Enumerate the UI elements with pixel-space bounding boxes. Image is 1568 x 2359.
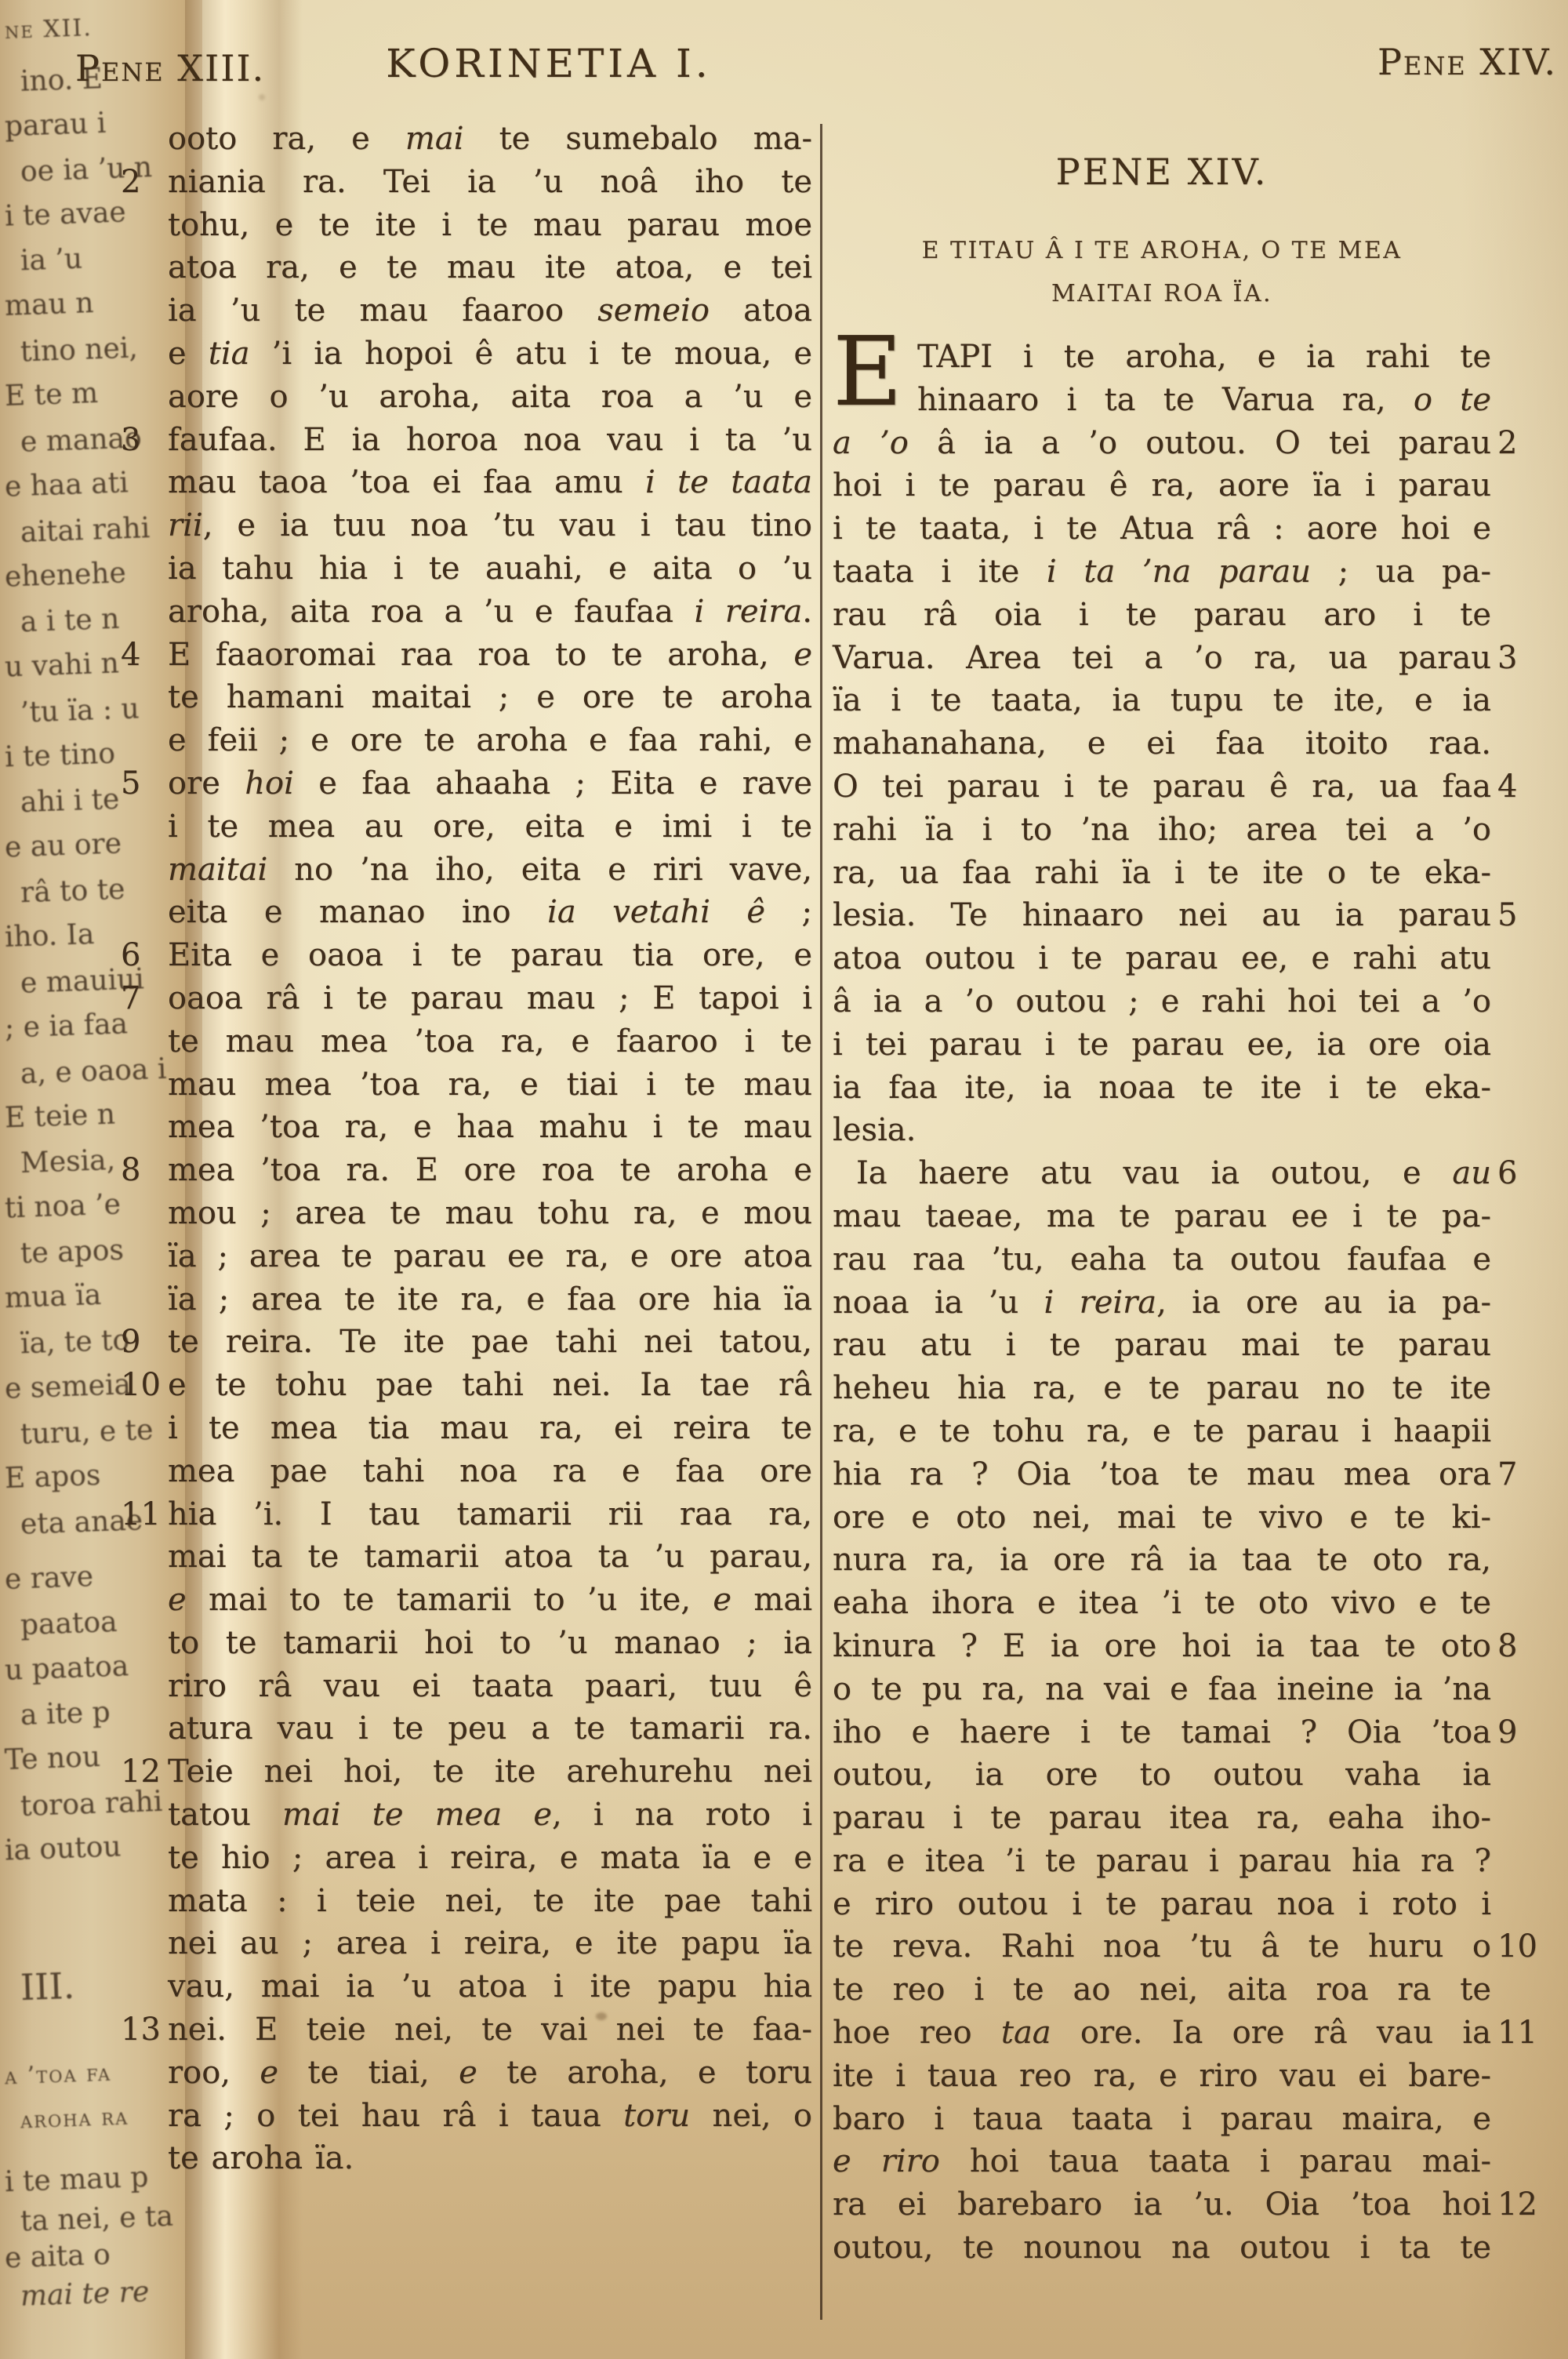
text-line: o te pu ra, na vai e faa ineine ia ’na bbox=[833, 1668, 1548, 1711]
text-line: mau taoa ’toa ei faa amu i te taata bbox=[118, 461, 814, 504]
facing-page-text-fragment: E apos bbox=[4, 1462, 101, 1493]
paper-speck bbox=[259, 94, 265, 100]
facing-page-text-fragment: ia outou bbox=[4, 1833, 122, 1865]
text-line: noaa ia ’u i reira, ia ore au ia pa- bbox=[833, 1281, 1548, 1325]
text-line: nei au ; area i reira, e ite papu ïa bbox=[118, 1922, 814, 1965]
text-line: vau, mai ia ’u atoa i ite papu hia bbox=[118, 1965, 814, 2008]
chapter-heading: PENE XIV. bbox=[833, 151, 1491, 193]
facing-page-text-fragment: iho. Ia bbox=[4, 921, 94, 952]
text-line: ra, ua faa rahi ïa i te ite o te eka- bbox=[833, 852, 1548, 895]
facing-page-text-fragment: mua ïa bbox=[4, 1281, 101, 1313]
facing-page-text-fragment: a ite p bbox=[20, 1699, 111, 1730]
text-line: rau raa ’tu, eaha ta outou faufaa e bbox=[833, 1238, 1548, 1281]
text-line: atoa ra, e te mau ite atoa, e tei bbox=[118, 246, 814, 289]
running-header-title: KORINETIA I. bbox=[345, 41, 753, 86]
facing-page-text-fragment: ta nei, e ta bbox=[20, 2203, 173, 2237]
facing-page-text-fragment: i te avae bbox=[4, 198, 126, 231]
facing-page-text-fragment: ia ’u bbox=[20, 245, 82, 276]
verse-number: 5 bbox=[1497, 894, 1548, 937]
text-line: aroha, aita roa a ’u e faufaa i reira. bbox=[118, 591, 814, 634]
text-line: faufaa. E ia horoa noa vau i ta ’u3 bbox=[118, 419, 814, 462]
text-line: ra ; o tei hau râ i taua toru nei, o bbox=[118, 2095, 814, 2138]
facing-page-text-fragment: III. bbox=[20, 1972, 74, 2001]
text-line: â ia a ’o outou ; e rahi hoi tei a ’o bbox=[833, 980, 1548, 1023]
facing-page-text-fragment: mai te re bbox=[20, 2278, 149, 2311]
text-line: tatou mai te mea e, i na roto i bbox=[118, 1794, 814, 1837]
verse-number: 4 bbox=[1497, 765, 1548, 809]
text-line: mou ; area te mau tohu ra, e mou bbox=[118, 1192, 814, 1235]
left-text-column: ooto ra, e mai te sumebalo ma-niania ra.… bbox=[118, 118, 814, 2180]
text-line: ite i taua reo ra, e riro vau ei bare- bbox=[833, 2055, 1548, 2098]
facing-page-text-fragment: râ to te bbox=[20, 876, 125, 908]
text-line: nura ra, ia ore râ ia taa te oto ra, bbox=[833, 1539, 1548, 1582]
text-line: ïa ; area te ite ra, e faa ore hia ïa bbox=[118, 1278, 814, 1321]
facing-page-text-fragment: u paatoa bbox=[4, 1652, 129, 1685]
text-line: oaoa râ i te parau mau ; E tapoi i7 bbox=[118, 977, 814, 1020]
facing-page-text-fragment: aroha ra bbox=[20, 2103, 129, 2135]
facing-page-text-fragment: i te tino bbox=[4, 740, 115, 772]
text-line: i te taata, i te Atua râ : aore hoi e bbox=[833, 507, 1548, 551]
verse-number: 8 bbox=[1497, 1625, 1548, 1668]
text-line: ore e oto nei, mai te vivo e te ki- bbox=[833, 1496, 1548, 1539]
verse-number: 12 bbox=[121, 1750, 166, 1794]
facing-page-text-fragment: paatoa bbox=[20, 1608, 118, 1640]
facing-page-text-fragment: ; e ia faa bbox=[4, 1010, 128, 1042]
text-line: parau i te parau itea ra, eaha iho- bbox=[833, 1797, 1548, 1840]
verse-number: 6 bbox=[1497, 1152, 1548, 1195]
text-line: ra, e te tohu ra, e te parau i haapii bbox=[833, 1410, 1548, 1453]
text-line: ra ei barebaro ia ’u. Oia ’toa hoi12 bbox=[833, 2183, 1548, 2226]
running-header-left: Pene XIII. bbox=[75, 47, 265, 89]
verse-number: 12 bbox=[1497, 2183, 1548, 2226]
text-line: atoa outou i te parau ee, e rahi atu bbox=[833, 937, 1548, 980]
text-line: te reva. Rahi noa ’tu â te huru o10 bbox=[833, 1925, 1548, 1968]
text-line: Teie nei hoi, te ite arehurehu nei12 bbox=[118, 1750, 814, 1794]
chapter-summary: E TITAU Â I TE AROHA, O TE MEA MAITAI RO… bbox=[823, 229, 1501, 315]
text-line: lesia. Te hinaaro nei au ia parau5 bbox=[833, 894, 1548, 937]
text-line: rahi ïa i to ’na iho; area tei a ’o bbox=[833, 809, 1548, 852]
text-line: E faaoromai raa roa to te aroha, e4 bbox=[118, 634, 814, 677]
text-line: outou, ia ore to outou vaha ia bbox=[833, 1754, 1548, 1797]
text-line: iho e haere i te tamai ? Oia ’toa9 bbox=[833, 1711, 1548, 1754]
verse-number: 5 bbox=[121, 762, 166, 805]
text-line: i te mea au ore, eita e imi i te bbox=[118, 805, 814, 849]
chapter-summary-line: MAITAI ROA ÏA. bbox=[823, 272, 1501, 315]
text-line: i te mea tia mau ra, ei reira te bbox=[118, 1407, 814, 1450]
verse-number: 11 bbox=[1497, 2012, 1548, 2055]
text-line: atura vau i te peu a te tamarii ra. bbox=[118, 1707, 814, 1750]
text-line: te hio ; area i reira, e mata ïa e e bbox=[118, 1837, 814, 1880]
text-line: e te tohu pae tahi nei. Ia tae râ10 bbox=[118, 1364, 814, 1407]
text-line: mata : i teie nei, te ite pae tahi bbox=[118, 1880, 814, 1923]
verse-number: 3 bbox=[121, 419, 166, 462]
text-line: ia faa ite, ia noaa te ite i te eka- bbox=[833, 1067, 1548, 1110]
verse-number: 10 bbox=[1497, 1925, 1548, 1968]
text-line: mau taeae, ma te parau ee i te pa- bbox=[833, 1195, 1548, 1238]
text-line: baro i taua taata i parau maira, e bbox=[833, 2098, 1548, 2141]
verse-number: 7 bbox=[121, 977, 166, 1020]
text-line: riro râ vau ei taata paari, tuu ê bbox=[118, 1665, 814, 1708]
verse-number: 9 bbox=[1497, 1711, 1548, 1754]
text-line: O tei parau i te parau ê ra, ua faa4 bbox=[833, 765, 1548, 809]
text-line: te reira. Te ite pae tahi nei tatou,9 bbox=[118, 1321, 814, 1364]
facing-page-text-fragment: u vahi n bbox=[4, 649, 119, 682]
paper-speck bbox=[596, 2012, 607, 2020]
text-line: rau râ oia i te parau aro i te bbox=[833, 594, 1548, 637]
text-line: mau mea ’toa ra, e tiai i te mau bbox=[118, 1063, 814, 1107]
facing-page-text-fragment: te apos bbox=[20, 1237, 124, 1269]
text-line: ia tahu hia i te auahi, e aita o ’u bbox=[118, 547, 814, 591]
text-line: Eita e oaoa i te parau tia ore, e6 bbox=[118, 934, 814, 977]
facing-page-text-fragment: ne XII. bbox=[4, 14, 93, 45]
text-line: mea pae tahi noa ra e faa ore bbox=[118, 1450, 814, 1493]
text-line: e tia ’i ia hopoi ê atu i te moua, e bbox=[118, 333, 814, 376]
facing-page-text-fragment: parau i bbox=[4, 110, 107, 141]
text-line: te reo i te ao nei, aita roa ra te bbox=[833, 1968, 1548, 2012]
text-line: ia ’u te mau faaroo semeio atoa bbox=[118, 289, 814, 333]
verse-number: 2 bbox=[1497, 422, 1548, 465]
verse-number: 10 bbox=[121, 1364, 166, 1407]
facing-page-text-fragment: Mesia, bbox=[20, 1147, 115, 1178]
text-line: hinaaro i ta te Varua ra, o te bbox=[833, 379, 1548, 422]
text-line: mea ’toa ra, e haa mahu i te mau bbox=[118, 1106, 814, 1149]
text-line: hoe reo taa ore. Ia ore râ vau ia11 bbox=[833, 2012, 1548, 2055]
facing-page-text-fragment: Te nou bbox=[4, 1743, 100, 1775]
text-line: TAPI i te aroha, e ia rahi te bbox=[833, 336, 1548, 379]
facing-page-text-fragment: ti noa ’e bbox=[4, 1190, 121, 1223]
chapter-summary-line: E TITAU Â I TE AROHA, O TE MEA bbox=[823, 229, 1501, 272]
verse-number: 7 bbox=[1497, 1453, 1548, 1496]
facing-page-text-fragment: a i te n bbox=[20, 605, 119, 637]
text-line: niania ra. Tei ia ’u noâ iho te2 bbox=[118, 161, 814, 204]
facing-page-text-fragment: e aita o bbox=[4, 2241, 111, 2274]
verse-number: 8 bbox=[121, 1149, 166, 1192]
text-line: mahanahana, e ei faa itoito raa. bbox=[833, 722, 1548, 765]
facing-page-text-fragment: ahi i te bbox=[20, 786, 120, 817]
text-line: Varua. Area tei a ’o ra, ua parau3 bbox=[833, 637, 1548, 680]
facing-page-text-fragment: a ’toa fa bbox=[4, 2059, 111, 2092]
text-line: a ’o â ia a ’o outou. O tei parau2 bbox=[833, 422, 1548, 465]
book-page: { "header": { "left": "Pene XIII.", "cen… bbox=[0, 0, 1568, 2359]
verse-number: 11 bbox=[121, 1493, 166, 1536]
text-line: rii, e ia tuu noa ’tu vau i tau tino bbox=[118, 504, 814, 547]
text-line: tohu, e te ite i te mau parau moe bbox=[118, 204, 814, 247]
text-line: eita e manao ino ia vetahi ê ; bbox=[118, 891, 814, 934]
text-line: e feii ; e ore te aroha e faa rahi, e bbox=[118, 719, 814, 762]
text-line: to te tamarii hoi to ’u manao ; ia bbox=[118, 1622, 814, 1665]
facing-page-text-fragment: e au ore bbox=[4, 830, 122, 862]
verse-number: 9 bbox=[121, 1321, 166, 1364]
text-line: hia ra ? Oia ’toa te mau mea ora7 bbox=[833, 1453, 1548, 1496]
facing-page-text-fragment: e semeia bbox=[4, 1371, 131, 1404]
text-line: hia ’i. I tau tamarii rii raa ra,11 bbox=[118, 1493, 814, 1536]
facing-page-text-fragment: E teie n bbox=[4, 1101, 115, 1133]
text-line: rau atu i te parau mai te parau bbox=[833, 1324, 1548, 1367]
verse-number: 6 bbox=[121, 934, 166, 977]
text-line: eaha ihora e itea ’i te oto vivo e te bbox=[833, 1582, 1548, 1625]
facing-page-text-fragment: ïa, te to bbox=[20, 1327, 129, 1359]
facing-page-text-fragment: ehenehe bbox=[4, 559, 126, 591]
text-line: lesia. bbox=[833, 1109, 1548, 1152]
text-line: ra e itea ’i te parau i parau hia ra ? bbox=[833, 1840, 1548, 1883]
text-line: ïa ; area te parau ee ra, e ore atoa bbox=[118, 1235, 814, 1278]
text-line: ooto ra, e mai te sumebalo ma- bbox=[118, 118, 814, 161]
text-line: roo, e te tiai, e te aroha, e toru bbox=[118, 2052, 814, 2095]
text-line: te mau mea ’toa ra, e faaroo i te bbox=[118, 1020, 814, 1063]
text-line: Ia haere atu vau ia outou, e au6 bbox=[833, 1152, 1548, 1195]
text-line: heheu hia ra, e te parau no te ite bbox=[833, 1367, 1548, 1410]
text-line: nei. E teie nei, te vai nei te faa-13 bbox=[118, 2008, 814, 2052]
text-line: e riro hoi taua taata i parau mai- bbox=[833, 2140, 1548, 2183]
text-line: mea ’toa ra. E ore roa te aroha e8 bbox=[118, 1149, 814, 1192]
verse-number: 4 bbox=[121, 634, 166, 677]
text-line: te hamani maitai ; e ore te aroha bbox=[118, 676, 814, 719]
text-line: te aroha ïa. bbox=[118, 2137, 814, 2180]
text-line: outou, te nounou na outou i ta te bbox=[833, 2226, 1548, 2270]
text-line: ore hoi e faa ahaaha ; Eita e rave5 bbox=[118, 762, 814, 805]
facing-page-text-fragment: e haa ati bbox=[4, 469, 129, 501]
verse-number: 2 bbox=[121, 161, 166, 204]
text-line: mai ta te tamarii atoa ta ’u parau, bbox=[118, 1536, 814, 1579]
facing-page-text-fragment: mau n bbox=[4, 289, 94, 321]
text-line: taata i ite i ta ’na parau ; ua pa- bbox=[833, 551, 1548, 594]
verse-number: 13 bbox=[121, 2008, 166, 2052]
text-line: i tei parau i te parau ee, ia ore oia bbox=[833, 1023, 1548, 1067]
column-divider-rule bbox=[820, 124, 822, 2320]
facing-page-text-fragment: e rave bbox=[4, 1563, 93, 1594]
text-line: aore o ’u aroha, aita roa a ’u e bbox=[118, 376, 814, 419]
text-line: hoi i te parau ê ra, aore ïa i parau bbox=[833, 464, 1548, 507]
text-line: e riro outou i te parau noa i roto i bbox=[833, 1883, 1548, 1926]
right-text-column: TAPI i te aroha, e ia rahi tehinaaro i t… bbox=[833, 336, 1548, 2270]
running-header-right: Pene XIV. bbox=[1377, 41, 1557, 83]
text-line: ïa i te taata, ia tupu te ite, e ia bbox=[833, 679, 1548, 722]
facing-page-text-fragment: E te m bbox=[4, 380, 98, 411]
text-line: kinura ? E ia ore hoi ia taa te oto8 bbox=[833, 1625, 1548, 1668]
text-line: maitai no ’na iho, eita e riri vave, bbox=[118, 849, 814, 892]
text-line: e mai to te tamarii to ’u ite, e mai bbox=[118, 1579, 814, 1622]
verse-number: 3 bbox=[1497, 637, 1548, 680]
